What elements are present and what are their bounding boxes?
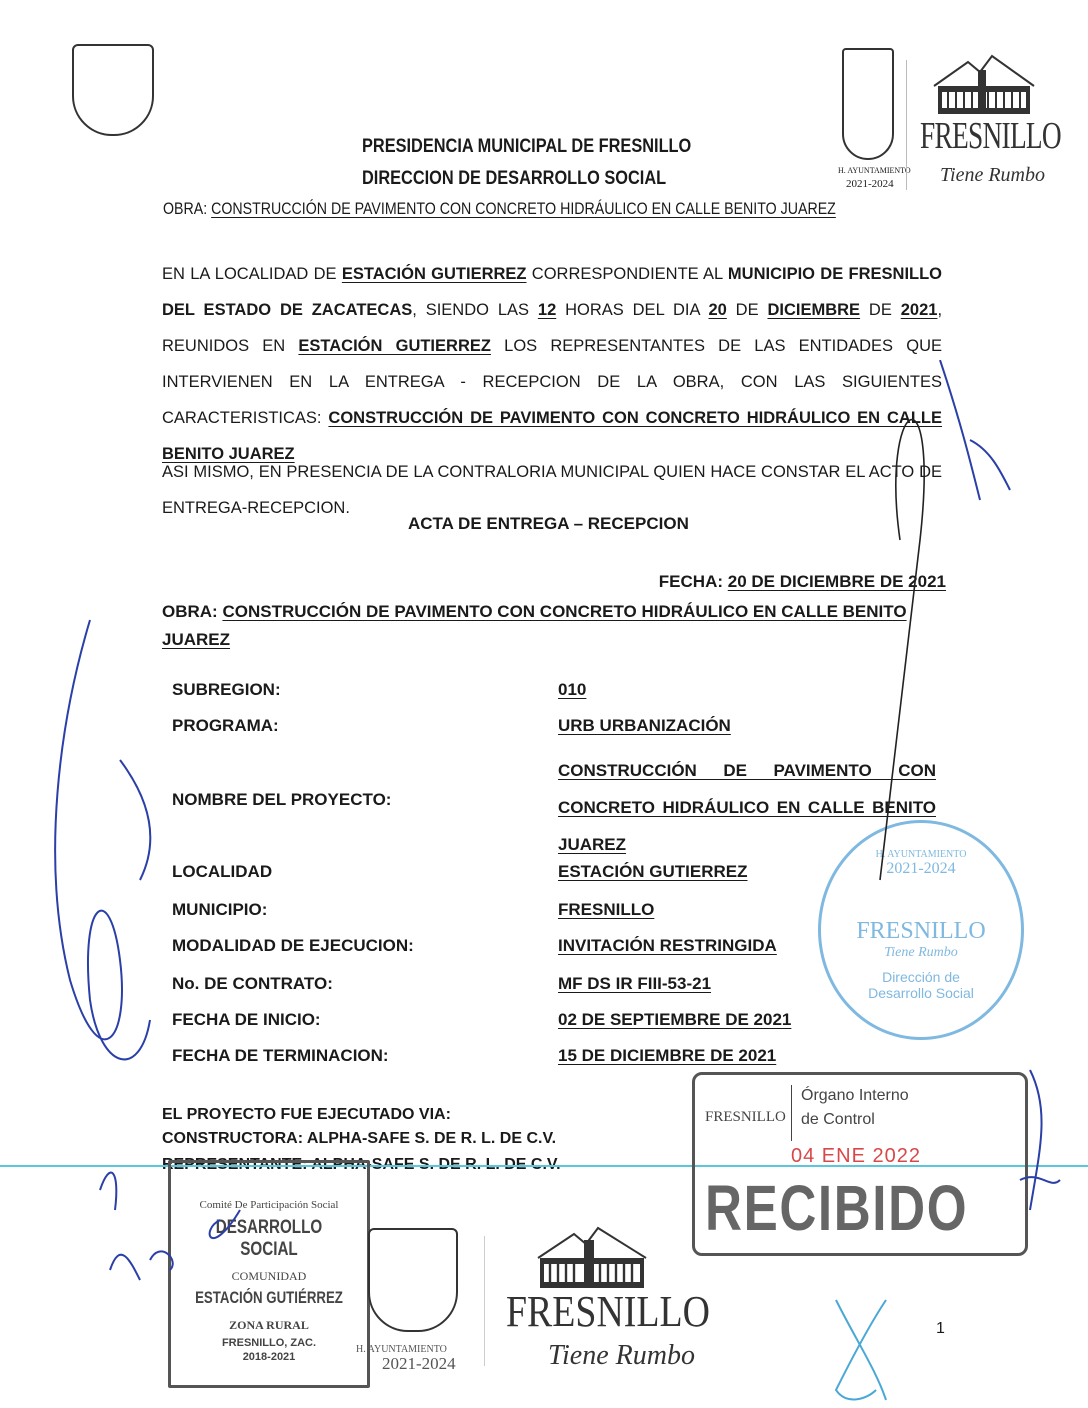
- stamp-blue-tagline: Tiene Rumbo: [821, 945, 1021, 961]
- acta-title: ACTA DE ENTREGA – RECEPCION: [408, 514, 689, 534]
- intro-segment: HORAS DEL DIA: [556, 301, 708, 319]
- organo-line-2: de Control: [801, 1111, 875, 1129]
- detail-value-fecha-inicio: 02 DE SEPTIEMBRE DE 2021: [558, 1010, 791, 1030]
- header-obra: OBRA: CONSTRUCCIÓN DE PAVIMENTO CON CONC…: [163, 200, 836, 219]
- footer-fresnillo-building-icon: [534, 1222, 650, 1292]
- intro-segment: 2021: [901, 301, 938, 319]
- header-obra-label: OBRA:: [163, 200, 207, 218]
- intro-segment: 20: [708, 301, 726, 319]
- detail-label-contrato: No. DE CONTRATO:: [172, 974, 333, 994]
- intro-segment: EN LA LOCALIDAD DE: [162, 265, 342, 283]
- signature-left: [20, 600, 180, 1120]
- comite-years: 2018-2021: [171, 1351, 367, 1363]
- ejecucion-constructora: CONSTRUCTORA: ALPHA-SAFE S. DE R. L. DE …: [162, 1130, 556, 1148]
- fresnillo-tagline: Tiene Rumbo: [940, 164, 1045, 187]
- municipal-crest-footer: [368, 1228, 458, 1332]
- acta-obra-value: CONSTRUCCIÓN DE PAVIMENTO CON CONCRETO H…: [162, 602, 907, 649]
- organo-interno-stamp: FRESNILLO Órgano Interno de Control 04 E…: [692, 1072, 1028, 1256]
- detail-value-municipio: FRESNILLO: [558, 900, 654, 920]
- detail-label-programa: PROGRAMA:: [172, 716, 279, 736]
- organo-brand: FRESNILLO: [705, 1109, 786, 1126]
- fresnillo-building-icon: [930, 48, 1038, 118]
- detail-label-fecha-terminacion: FECHA DE TERMINACION:: [172, 1046, 389, 1066]
- detail-label-subregion: SUBREGION:: [172, 680, 281, 700]
- intro-segment: 12: [538, 301, 556, 319]
- stamp-blue-dept1: Dirección de: [821, 969, 1021, 985]
- detail-label-fecha-inicio: FECHA DE INICIO:: [172, 1010, 321, 1030]
- ayuntamiento-years: 2021-2024: [846, 178, 894, 190]
- header-obra-value: CONSTRUCCIÓN DE PAVIMENTO CON CONCRETO H…: [211, 200, 836, 218]
- acta-fecha-label: FECHA:: [659, 572, 723, 591]
- signature-handwritten-bottom-left: [90, 1150, 350, 1300]
- detail-label-municipio: MUNICIPIO:: [172, 900, 267, 920]
- intro-paragraph: EN LA LOCALIDAD DE ESTACIÓN GUTIERREZ CO…: [162, 256, 942, 472]
- detail-value-localidad: ESTACIÓN GUTIERREZ: [558, 862, 748, 882]
- stamp-blue-dept2: Desarrollo Social: [821, 985, 1021, 1001]
- intro-segment: DE: [727, 301, 768, 319]
- divider-line: [906, 60, 907, 190]
- detail-value-modalidad: INVITACIÓN RESTRINGIDA: [558, 936, 777, 956]
- ejecucion-title: EL PROYECTO FUE EJECUTADO VIA:: [162, 1106, 451, 1124]
- detail-label-modalidad: MODALIDAD DE EJECUCION:: [172, 936, 414, 956]
- ayuntamiento-crest-top-right: [842, 48, 894, 160]
- detail-value-programa: URB URBANIZACIÓN: [558, 716, 731, 736]
- stamp-blue-brand: FRESNILLO: [821, 918, 1021, 945]
- footer-brand: FRESNILLO: [506, 1286, 710, 1337]
- intro-segment: , SIENDO LAS: [412, 301, 538, 319]
- signature-x-mark: [816, 1290, 906, 1408]
- footer-ayuntamiento-years: 2021-2024: [382, 1354, 456, 1374]
- signature-right-line: [860, 360, 1060, 920]
- detail-value-contrato: MF DS IR FIII-53-21: [558, 974, 711, 994]
- detail-value-fecha-terminacion: 15 DE DICIEMBRE DE 2021: [558, 1046, 776, 1066]
- ayuntamiento-label: H. AYUNTAMIENTO: [838, 166, 911, 175]
- fresnillo-logo-text: FRESNILLO: [920, 114, 1061, 158]
- comite-city: FRESNILLO, ZAC.: [171, 1337, 367, 1349]
- detail-label-proyecto: NOMBRE DEL PROYECTO:: [172, 790, 391, 810]
- municipal-crest-top-left: [72, 44, 154, 136]
- organo-line-1: Órgano Interno: [801, 1087, 909, 1105]
- received-date: 04 ENE 2022: [791, 1145, 921, 1168]
- comite-zona: ZONA RURAL: [171, 1318, 367, 1333]
- received-word: RECIBIDO: [705, 1171, 968, 1245]
- intro-segment: ESTACIÓN GUTIERREZ: [298, 337, 491, 355]
- acta-obra: OBRA: CONSTRUCCIÓN DE PAVIMENTO CON CONC…: [162, 598, 932, 654]
- header-line-1: PRESIDENCIA MUNICIPAL DE FRESNILLO: [362, 136, 691, 158]
- intro-segment: ESTACIÓN GUTIERREZ: [342, 265, 527, 283]
- header-line-2: DIRECCION DE DESARROLLO SOCIAL: [362, 168, 666, 190]
- footer-tagline: Tiene Rumbo: [548, 1340, 695, 1372]
- page-number: 1: [936, 1320, 945, 1338]
- organo-divider: [791, 1085, 792, 1141]
- footer-divider: [484, 1236, 485, 1366]
- signature-right-margin: [1010, 1050, 1070, 1230]
- intro-segment: CORRESPONDIENTE AL: [527, 265, 728, 283]
- intro-segment: DE: [860, 301, 901, 319]
- detail-label-localidad: LOCALIDAD: [172, 862, 272, 882]
- detail-value-subregion: 010: [558, 680, 586, 700]
- intro-segment: DICIEMBRE: [767, 301, 860, 319]
